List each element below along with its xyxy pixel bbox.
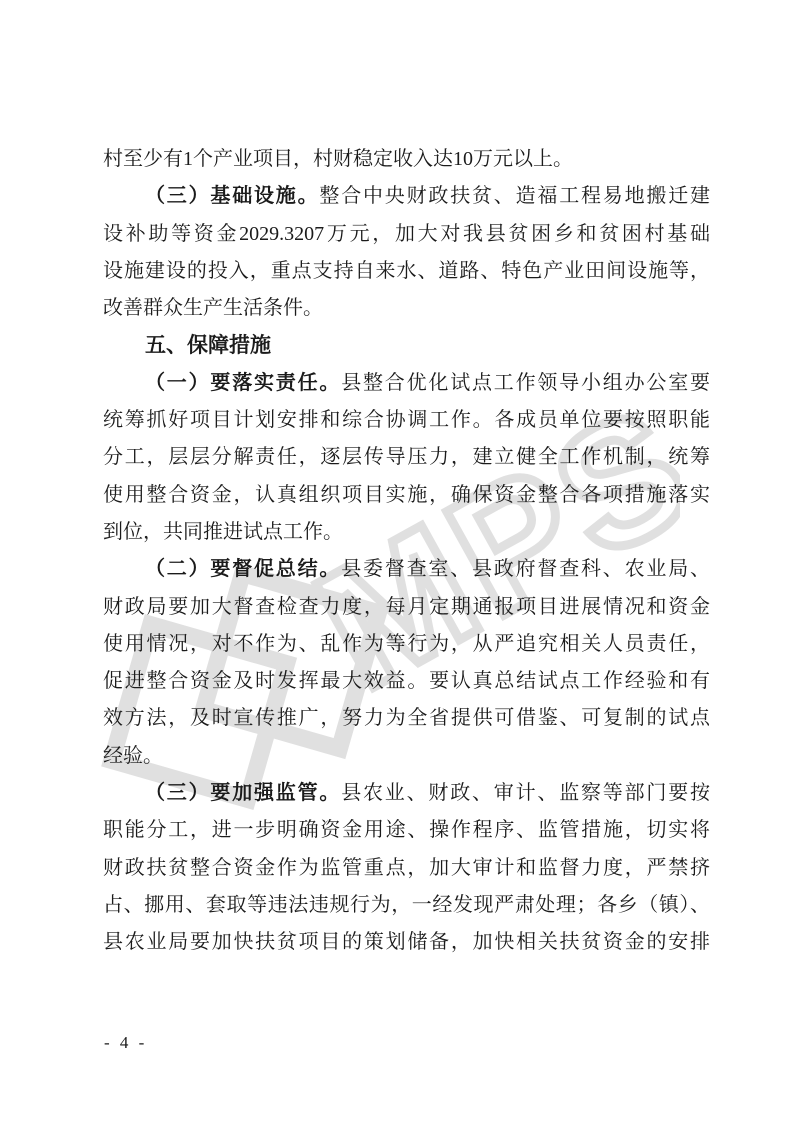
text-line: （三）基础设施。整合中央财政扶贫、造福工程易地搬迁建 — [103, 178, 710, 215]
document-body: 村至少有1个产业项目，村财稳定收入达10万元以上。（三）基础设施。整合中央财政扶… — [103, 141, 710, 962]
text-line: 设补助等资金2029.3207万元，加大对我县贫困乡和贫困村基础 — [103, 216, 710, 253]
text-run: 村至少有1个产业项目，村财稳定收入达10万元以上。 — [103, 148, 573, 170]
text-run: 使用情况，对不作为、乱作为等行为，从严追究相关人员责任， — [103, 633, 710, 655]
page-number: - 4 - — [104, 1033, 147, 1053]
text-line: 改善群众生产生活条件。 — [103, 290, 710, 327]
text-line: 设施建设的投入，重点支持自来水、道路、特色产业田间设施等， — [103, 253, 710, 290]
text-run: 县农业、财政、审计、监察等部门要按 — [341, 782, 710, 804]
document-page: MPS 村至少有1个产业项目，村财稳定收入达10万元以上。（三）基础设施。整合中… — [0, 0, 793, 1122]
text-line: 县农业局要加快扶贫项目的策划储备，加快相关扶贫资金的安排 — [103, 924, 710, 961]
text-run: 统筹抓好项目计划安排和综合协调工作。各成员单位要按照职能 — [103, 409, 710, 431]
text-run: 县整合优化试点工作领导小组办公室要 — [341, 372, 710, 394]
bold-text-run: （三）要加强监管。 — [145, 782, 341, 804]
text-run: 财政局要加大督查检查力度，每月定期通报项目进展情况和资金 — [103, 596, 710, 618]
text-line: 到位，共同推进试点工作。 — [103, 514, 710, 551]
text-line: 使用整合资金，认真组织项目实施，确保资金整合各项措施落实 — [103, 477, 710, 514]
text-run: 县委督查室、县政府督查科、农业局、 — [341, 558, 710, 580]
text-run: 改善群众生产生活条件。 — [103, 297, 323, 319]
text-run: 设施建设的投入，重点支持自来水、道路、特色产业田间设施等， — [103, 260, 710, 282]
bold-text-run: （三）基础设施。 — [145, 185, 319, 207]
text-run: 效方法，及时宣传推广，努力为全省提供可借鉴、可复制的试点 — [103, 707, 710, 729]
text-line: 财政扶贫整合资金作为监管重点，加大审计和监督力度，严禁挤 — [103, 850, 710, 887]
section-heading: 五、保障措施 — [103, 327, 710, 364]
bold-text-run: （二）要督促总结。 — [145, 558, 341, 580]
text-run: 到位，共同推进试点工作。 — [103, 521, 343, 543]
text-run: 设补助等资金2029.3207万元，加大对我县贫困乡和贫困村基础 — [103, 223, 710, 245]
text-run: 使用整合资金，认真组织项目实施，确保资金整合各项措施落实 — [103, 484, 710, 506]
text-run: 分工，层层分解责任，逐层传导压力，建立健全工作机制，统筹 — [103, 446, 710, 468]
text-line: 财政局要加大督查检查力度，每月定期通报项目进展情况和资金 — [103, 589, 710, 626]
text-line: 职能分工，进一步明确资金用途、操作程序、监管措施，切实将 — [103, 812, 710, 849]
text-line: 统筹抓好项目计划安排和综合协调工作。各成员单位要按照职能 — [103, 402, 710, 439]
text-line: 促进整合资金及时发挥最大效益。要认真总结试点工作经验和有 — [103, 663, 710, 700]
text-line: 分工，层层分解责任，逐层传导压力，建立健全工作机制，统筹 — [103, 439, 710, 476]
bold-text-run: （一）要落实责任。 — [145, 372, 341, 394]
text-line: 经验。 — [103, 738, 710, 775]
text-line: 占、挪用、套取等违法违规行为，一经发现严肃处理；各乡（镇）、 — [103, 887, 710, 924]
text-line: 使用情况，对不作为、乱作为等行为，从严追究相关人员责任， — [103, 626, 710, 663]
text-line: 效方法，及时宣传推广，努力为全省提供可借鉴、可复制的试点 — [103, 700, 710, 737]
text-run: 县农业局要加快扶贫项目的策划储备，加快相关扶贫资金的安排 — [103, 931, 710, 953]
text-line: （三）要加强监管。县农业、财政、审计、监察等部门要按 — [103, 775, 710, 812]
text-run: 经验。 — [103, 745, 163, 767]
text-run: 整合中央财政扶贫、造福工程易地搬迁建 — [319, 185, 710, 207]
text-line: （二）要督促总结。县委督查室、县政府督查科、农业局、 — [103, 551, 710, 588]
text-run: 促进整合资金及时发挥最大效益。要认真总结试点工作经验和有 — [103, 670, 710, 692]
bold-text-run: 五、保障措施 — [145, 334, 271, 357]
text-line: （一）要落实责任。县整合优化试点工作领导小组办公室要 — [103, 365, 710, 402]
text-run: 财政扶贫整合资金作为监管重点，加大审计和监督力度，严禁挤 — [103, 857, 710, 879]
text-run: 占、挪用、套取等违法违规行为，一经发现严肃处理；各乡（镇）、 — [103, 894, 710, 916]
text-line: 村至少有1个产业项目，村财稳定收入达10万元以上。 — [103, 141, 710, 178]
text-run: 职能分工，进一步明确资金用途、操作程序、监管措施，切实将 — [103, 819, 710, 841]
